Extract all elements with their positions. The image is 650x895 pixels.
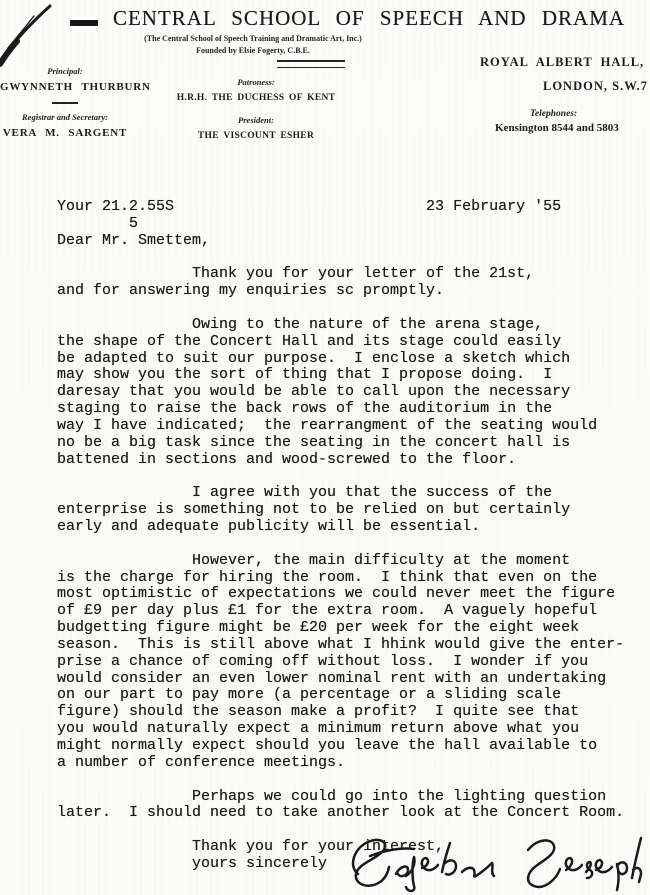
- letter-line: [57, 536, 624, 553]
- letter-line: I agree with you that the success of the: [57, 485, 624, 502]
- letter-line: season. This is still above what I hhink…: [57, 637, 624, 654]
- letterhead-subtitle: (The Central School of Speech Training a…: [103, 34, 403, 43]
- letter-line: prise a chance of coming off without los…: [57, 654, 624, 671]
- letter-line: might normally expect should you leave t…: [57, 738, 624, 755]
- reference-overflow-line: 5: [57, 216, 624, 233]
- scanned-letter-page: CENTRAL SCHOOL OF SPEECH AND DRAMA (The …: [0, 0, 650, 895]
- letter-line: is the charge for hiring the room. I thi…: [57, 570, 624, 587]
- signature-stephen-joseph: [342, 834, 644, 894]
- letter-line: the shape of the Concert Hall and its st…: [57, 334, 624, 351]
- letter-line: enterprise is something not to be relied…: [57, 502, 624, 519]
- letter-line: on our part to pay more (a percentage or…: [57, 687, 624, 704]
- patroness-name: H.R.H. THE DUCHESS OF KENT: [176, 93, 336, 103]
- letter-line: However, the main difficulty at the mome…: [57, 553, 624, 570]
- president-label: President:: [176, 115, 336, 125]
- letter-line: Thank you for your letter of the 21st,: [57, 266, 624, 283]
- letter-line: early and adequate publicity will be ess…: [57, 519, 624, 536]
- letter-line: Owing to the nature of the arena stage,: [57, 317, 624, 334]
- letter-line: would consider an even lower nominal ren…: [57, 671, 624, 688]
- letter-line: of £9 per day plus £1 for the extra room…: [57, 603, 624, 620]
- letter-line: later. I should need to take another loo…: [57, 805, 624, 822]
- letter-line: Perhaps we could go into the lighting qu…: [57, 789, 624, 806]
- letter-line: most optimistic of expectations we could…: [57, 586, 624, 603]
- registrar-name: VERA M. SARGENT: [0, 127, 130, 139]
- letterhead-left-column: Principal: GWYNNETH THURBURN Registrar a…: [0, 66, 130, 139]
- telephones-label: Telephones:: [530, 109, 577, 119]
- telephones-value: Kensington 8544 and 5803: [495, 122, 619, 134]
- address-line-2: LONDON, S.W.7: [543, 79, 648, 94]
- registrar-label: Registrar and Secretary:: [0, 112, 130, 122]
- letter-line: figure) should the season make a profit?…: [57, 704, 624, 721]
- letterhead-center-column: Patroness: H.R.H. THE DUCHESS OF KENT Pr…: [176, 77, 336, 141]
- salutation-line: Dear Mr. Smettem,: [57, 233, 624, 250]
- letter-line: be adapted to suit our purpose. I enclos…: [57, 351, 624, 368]
- address-line-1: ROYAL ALBERT HALL,: [480, 55, 644, 70]
- letter-line: [57, 300, 624, 317]
- letter-line: [57, 250, 624, 267]
- letter-line: [57, 772, 624, 789]
- reference-and-date-line: Your 21.2.55S 23 February '55: [57, 199, 624, 216]
- letter-line: way I have indicated; the rearrangment o…: [57, 418, 624, 435]
- letterhead-title: CENTRAL SCHOOL OF SPEECH AND DRAMA: [94, 6, 644, 31]
- patroness-label: Patroness:: [176, 77, 336, 87]
- letter-line: staging to raise the back rows of the au…: [57, 401, 624, 418]
- column-divider-dash: [52, 102, 78, 104]
- letter-line: you would naturally expect a minimum ret…: [57, 721, 624, 738]
- letter-line: may show you the sort of thing that I pr…: [57, 367, 624, 384]
- letter-line: no be a big task since the seating in th…: [57, 435, 624, 452]
- pen-scribble-mark: [0, 0, 60, 70]
- letterhead-double-rule: [277, 60, 345, 68]
- principal-name: GWYNNETH THURBURN: [0, 81, 130, 93]
- letter-line: daresay that you would be able to call u…: [57, 384, 624, 401]
- letter-line: a number of conference meetings.: [57, 755, 624, 772]
- letter-line: [57, 469, 624, 486]
- letter-line: and for answering my enquiries sc prompt…: [57, 283, 624, 300]
- letterhead-founded-line: Founded by Elsie Fogerty, C.B.E.: [103, 46, 403, 55]
- letter-line: budgetting figure might be £20 per week …: [57, 620, 624, 637]
- letter-line: battened in sections and wood-screwed to…: [57, 452, 624, 469]
- letter-body: Your 21.2.55S 23 February '55 5 Dear Mr.…: [57, 199, 624, 873]
- president-name: THE VISCOUNT ESHER: [176, 131, 336, 141]
- principal-label: Principal:: [0, 66, 130, 76]
